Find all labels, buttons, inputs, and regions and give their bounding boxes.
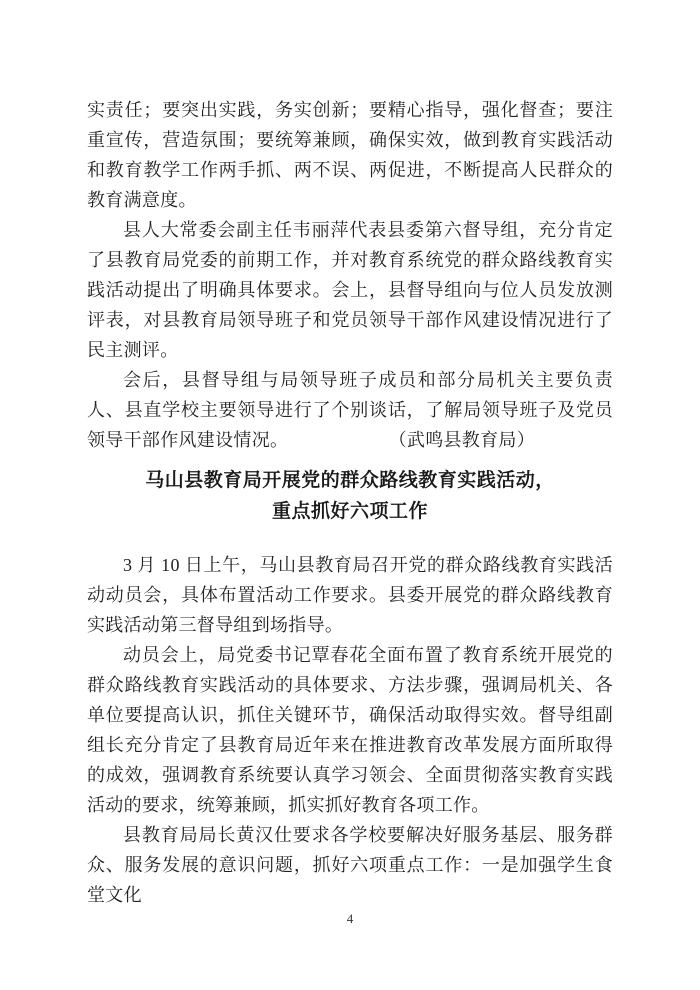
paragraph-supervision-group: 县人大常委会副主任韦丽萍代表县委第六督导组，充分肯定了县教育局党委的前期工作，并… [87,215,613,365]
paragraph-secretary-deployment: 动员会上，局党委书记覃春花全面布置了教育系统开展党的群众路线教育实践活动的具体要… [87,640,613,820]
page-number: 4 [0,910,700,928]
paragraph-individual-talks: 会后，县督导组与局领导班子成员和部分局机关主要负责人、县直学校主要领导进行了个别… [87,365,613,455]
paragraph-mobilization-meeting: 3 月 10 日上午，马山县教育局召开党的群众路线教育实践活动动员会，具体布置活… [87,550,613,640]
article-title: 马山县教育局开展党的群众路线教育实践活动， 重点抓好六项工作 [87,465,613,527]
document-page: 实责任；要突出实践，务实创新；要精心指导，强化督查；要注重宣传，营造氛围；要统筹… [0,0,700,990]
article-title-line-1: 马山县教育局开展党的群众路线教育实践活动， [87,465,613,496]
paragraph-director-six-tasks: 县教育局局长黄汉仕要求各学校要解决好服务基层、服务群众、服务发展的意识问题，抓好… [87,820,613,910]
page-body-text: 实责任；要突出实践，务实创新；要精心指导，强化督查；要注重宣传，营造氛围；要统筹… [87,95,613,910]
article-title-line-2: 重点抓好六项工作 [87,496,613,527]
source-attribution: （武鸣县教育局） [353,425,535,455]
paragraph-continued-from-previous-page: 实责任；要突出实践，务实创新；要精心指导，强化督查；要注重宣传，营造氛围；要统筹… [87,95,613,215]
